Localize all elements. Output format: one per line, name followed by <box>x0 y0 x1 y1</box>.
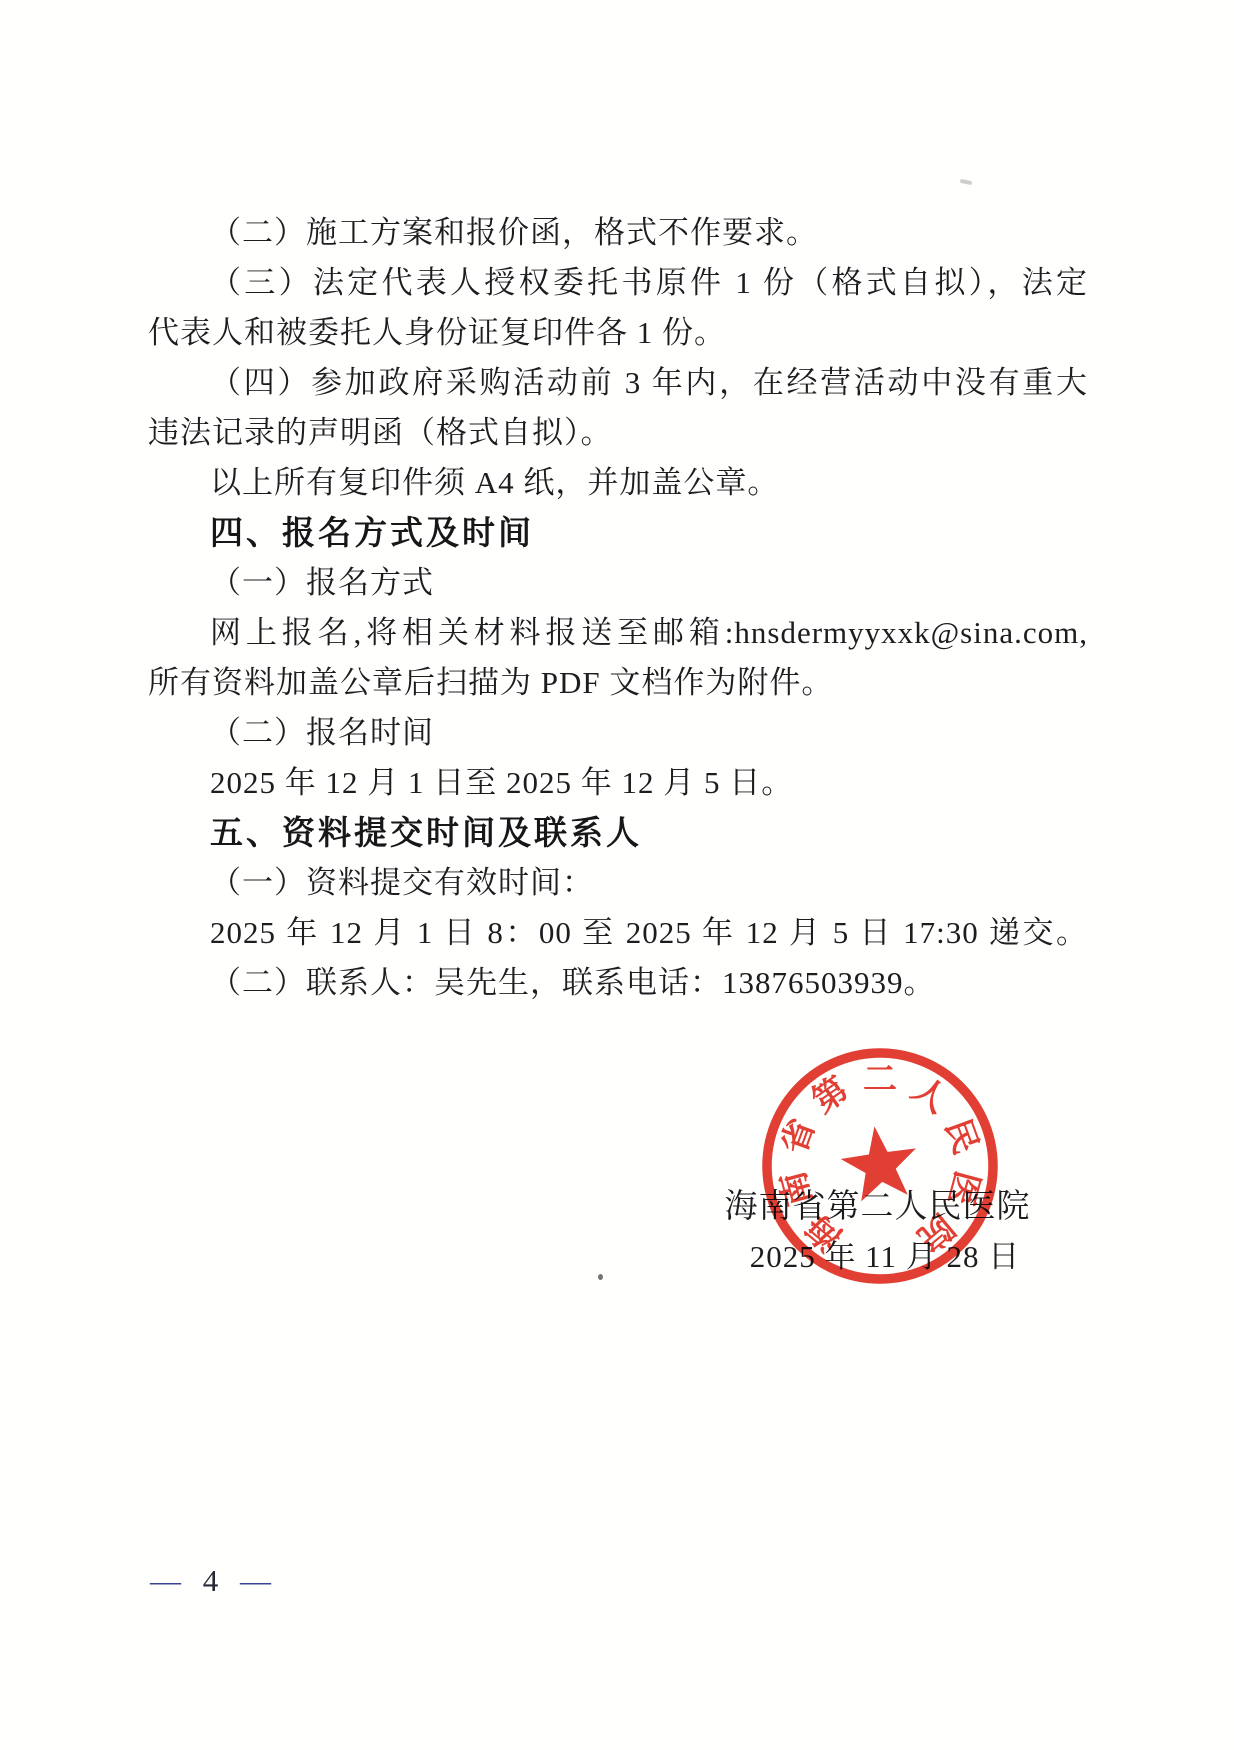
para-item-3-continued: 代表人和被委托人身份证复印件各 1 份。 <box>148 308 1088 358</box>
document-page: （二）施工方案和报价函，格式不作要求。 （三）法定代表人授权委托书原件 1 份（… <box>0 0 1234 1750</box>
para-registration-dates: 2025 年 12 月 1 日至 2025 年 12 月 5 日。 <box>148 758 1088 808</box>
heading-section-4: 四、报名方式及时间 <box>148 508 1088 558</box>
seal-arc-char: 医 <box>941 1167 986 1209</box>
scan-speck <box>960 179 973 185</box>
seal-star-icon <box>837 1121 922 1203</box>
seal-arc-char: 二 <box>863 1062 897 1099</box>
page-number-value: 4 <box>203 1563 219 1598</box>
heading-section-5: 五、资料提交时间及联系人 <box>148 808 1088 858</box>
seal-arc-char: 南 <box>774 1167 820 1210</box>
seal-arc-char: 省 <box>775 1114 822 1159</box>
page-number-dash-left: — <box>150 1563 181 1598</box>
para-registration-time-title: （二）报名时间 <box>148 708 1088 758</box>
official-seal: 海南省第二人民医院 <box>754 1040 1006 1292</box>
scan-speck <box>598 1274 603 1280</box>
para-submission-time-title: （一）资料提交有效时间： <box>148 858 1088 908</box>
page-number-dash-right: — <box>240 1563 271 1598</box>
para-item-4-declaration: （四）参加政府采购活动前 3 年内，在经营活动中没有重大 <box>148 358 1088 408</box>
seal-arc-char: 民 <box>938 1114 985 1159</box>
para-item-3-authorization: （三）法定代表人授权委托书原件 1 份（格式自拟），法定 <box>148 258 1088 308</box>
para-item-4-continued: 违法记录的声明函（格式自拟）。 <box>148 408 1088 458</box>
para-registration-email-continued: 所有资料加盖公章后扫描为 PDF 文档作为附件。 <box>148 658 1088 708</box>
para-contact-info: （二）联系人：吴先生，联系电话：13876503939。 <box>148 958 1088 1008</box>
page-number: — 4 — <box>150 1563 271 1599</box>
document-body: （二）施工方案和报价函，格式不作要求。 （三）法定代表人授权委托书原件 1 份（… <box>148 208 1088 1008</box>
para-registration-method-title: （一）报名方式 <box>148 558 1088 608</box>
para-copies-note: 以上所有复印件须 A4 纸，并加盖公章。 <box>148 458 1088 508</box>
para-item-2-requirements: （二）施工方案和报价函，格式不作要求。 <box>148 208 1088 258</box>
para-registration-email: 网上报名,将相关材料报送至邮箱:hnsdermyyxxk@sina.com, <box>148 608 1088 658</box>
para-submission-deadline: 2025 年 12 月 1 日 8：00 至 2025 年 12 月 5 日 1… <box>148 908 1088 958</box>
